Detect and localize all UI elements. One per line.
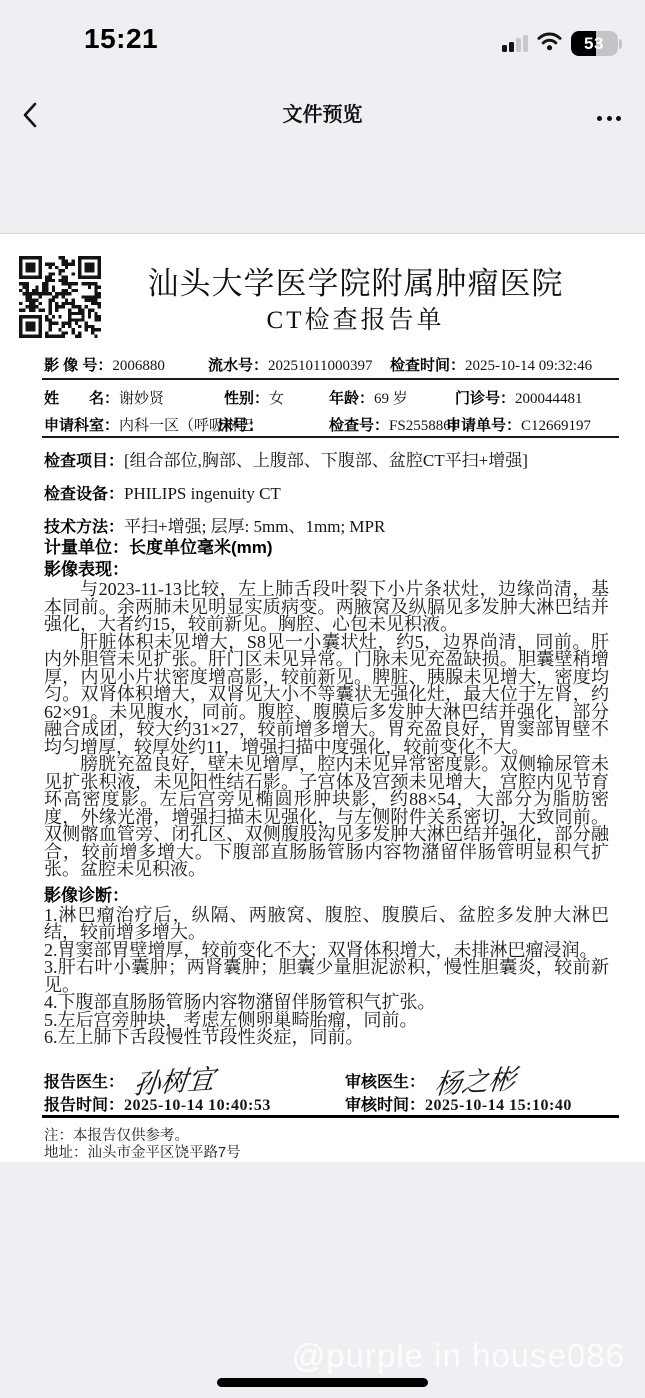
- field-exam-device: 检查设备：PHILIPS ingenuity CT: [44, 481, 281, 504]
- back-button[interactable]: [22, 102, 42, 128]
- hospital-name: 汕头大学医学院附属肿瘤医院: [92, 258, 619, 303]
- review-time-label: 审核时间：: [345, 1097, 425, 1114]
- diagnosis-label: 影像诊断：: [44, 885, 609, 907]
- divider: [42, 1115, 619, 1118]
- field-bed-no: 床号：: [218, 414, 263, 435]
- wifi-icon: [537, 32, 562, 56]
- findings-paragraph: 肝脏体积未见增大，S8见一小囊状灶，约5，边界尚清，同前。肝内外胆管未见扩张。肝…: [44, 634, 609, 757]
- footer-notes: 注：本报告仅供参考。 地址：汕头市金平区饶平路7号: [44, 1128, 241, 1162]
- field-image-no: 影 像 号：2006880: [44, 354, 165, 375]
- diagnosis-item: 1.淋巴瘤治疗后，纵隔、两腋窝、腹腔、腹膜后、盆腔多发肿大淋巴结，较前增多增大。: [44, 907, 609, 942]
- home-indicator[interactable]: [217, 1378, 428, 1387]
- field-age: 年龄：69 岁: [329, 387, 408, 408]
- review-doctor-label: 审核医生：: [345, 1074, 425, 1091]
- field-request-no: 申请单号：C12669197: [446, 414, 591, 435]
- status-icons: 53: [502, 31, 622, 56]
- diagnosis-item: 6.左上肺下舌段慢性节段性炎症，同前。: [44, 1029, 609, 1047]
- status-time: 15:21: [84, 23, 158, 55]
- field-technique: 技术方法：平扫+增强; 层厚: 5mm、1mm; MPR: [44, 512, 385, 537]
- findings-label: 影像表现：: [44, 559, 609, 581]
- battery-icon: 53: [571, 31, 623, 56]
- disclaimer-note: 注：本报告仅供参考。: [44, 1128, 241, 1145]
- divider: [42, 436, 619, 438]
- field-serial-no: 流水号：20251011000397: [208, 354, 372, 375]
- nav-bar: 文件预览: [0, 94, 645, 136]
- page-title: 文件预览: [0, 94, 645, 136]
- report-time-label: 报告时间：: [44, 1097, 124, 1114]
- document-preview[interactable]: 汕头大学医学院附属肿瘤医院 CT检查报告单 影 像 号：2006880 流水号：…: [0, 233, 645, 1162]
- report-title: CT检查报告单: [92, 300, 619, 336]
- field-name: 姓 名：谢妙贤: [44, 387, 164, 408]
- hospital-address: 地址：汕头市金平区饶平路7号: [44, 1145, 241, 1162]
- report-body: 计量单位：长度单位毫米(mm) 影像表现： 与2023-11-13比较，左上肺舌…: [44, 537, 609, 1047]
- watermark: @purple in house086: [292, 1337, 625, 1375]
- battery-percent: 53: [571, 31, 618, 56]
- field-exam-items: 检查项目：[组合部位,胸部、上腹部、下腹部、盆腔CT平扫+增强]: [44, 446, 528, 471]
- review-time: 2025-10-14 15:10:40: [425, 1097, 572, 1114]
- divider: [42, 378, 619, 380]
- qr-code: [19, 256, 101, 338]
- report-doctor-label: 报告医生：: [44, 1074, 124, 1091]
- findings-paragraph: 与2023-11-13比较，左上肺舌段叶裂下小片条状灶，边缘尚清，基本同前。余两…: [44, 581, 609, 634]
- field-exam-time: 检查时间：2025-10-14 09:32:46: [390, 354, 592, 375]
- unit-line: 计量单位：长度单位毫米(mm): [44, 537, 609, 559]
- more-options-button[interactable]: [597, 112, 621, 125]
- report-time: 2025-10-14 10:40:53: [124, 1097, 271, 1114]
- findings-paragraph: 膀胱充盈良好，壁未见增厚，腔内未见异常密度影。双侧输尿管未见扩张积液，未见阳性结…: [44, 756, 609, 879]
- diagnosis-item: 4.下腹部直肠肠管肠内容物潴留伴肠管积气扩张。: [44, 994, 609, 1012]
- cellular-signal-icon: [502, 35, 528, 52]
- signature-row: 报告医生：孙树宜 审核医生：杨之彬: [44, 1050, 619, 1096]
- field-outpatient-no: 门诊号：200044481: [455, 387, 583, 408]
- diagnosis-item: 3.肝右叶小囊肿；两肾囊肿；胆囊少量胆泥淤积，慢性胆囊炎，较前新见。: [44, 959, 609, 994]
- field-exam-no: 检查号：FS2558861: [329, 414, 458, 435]
- field-sex: 性别：女: [224, 387, 284, 408]
